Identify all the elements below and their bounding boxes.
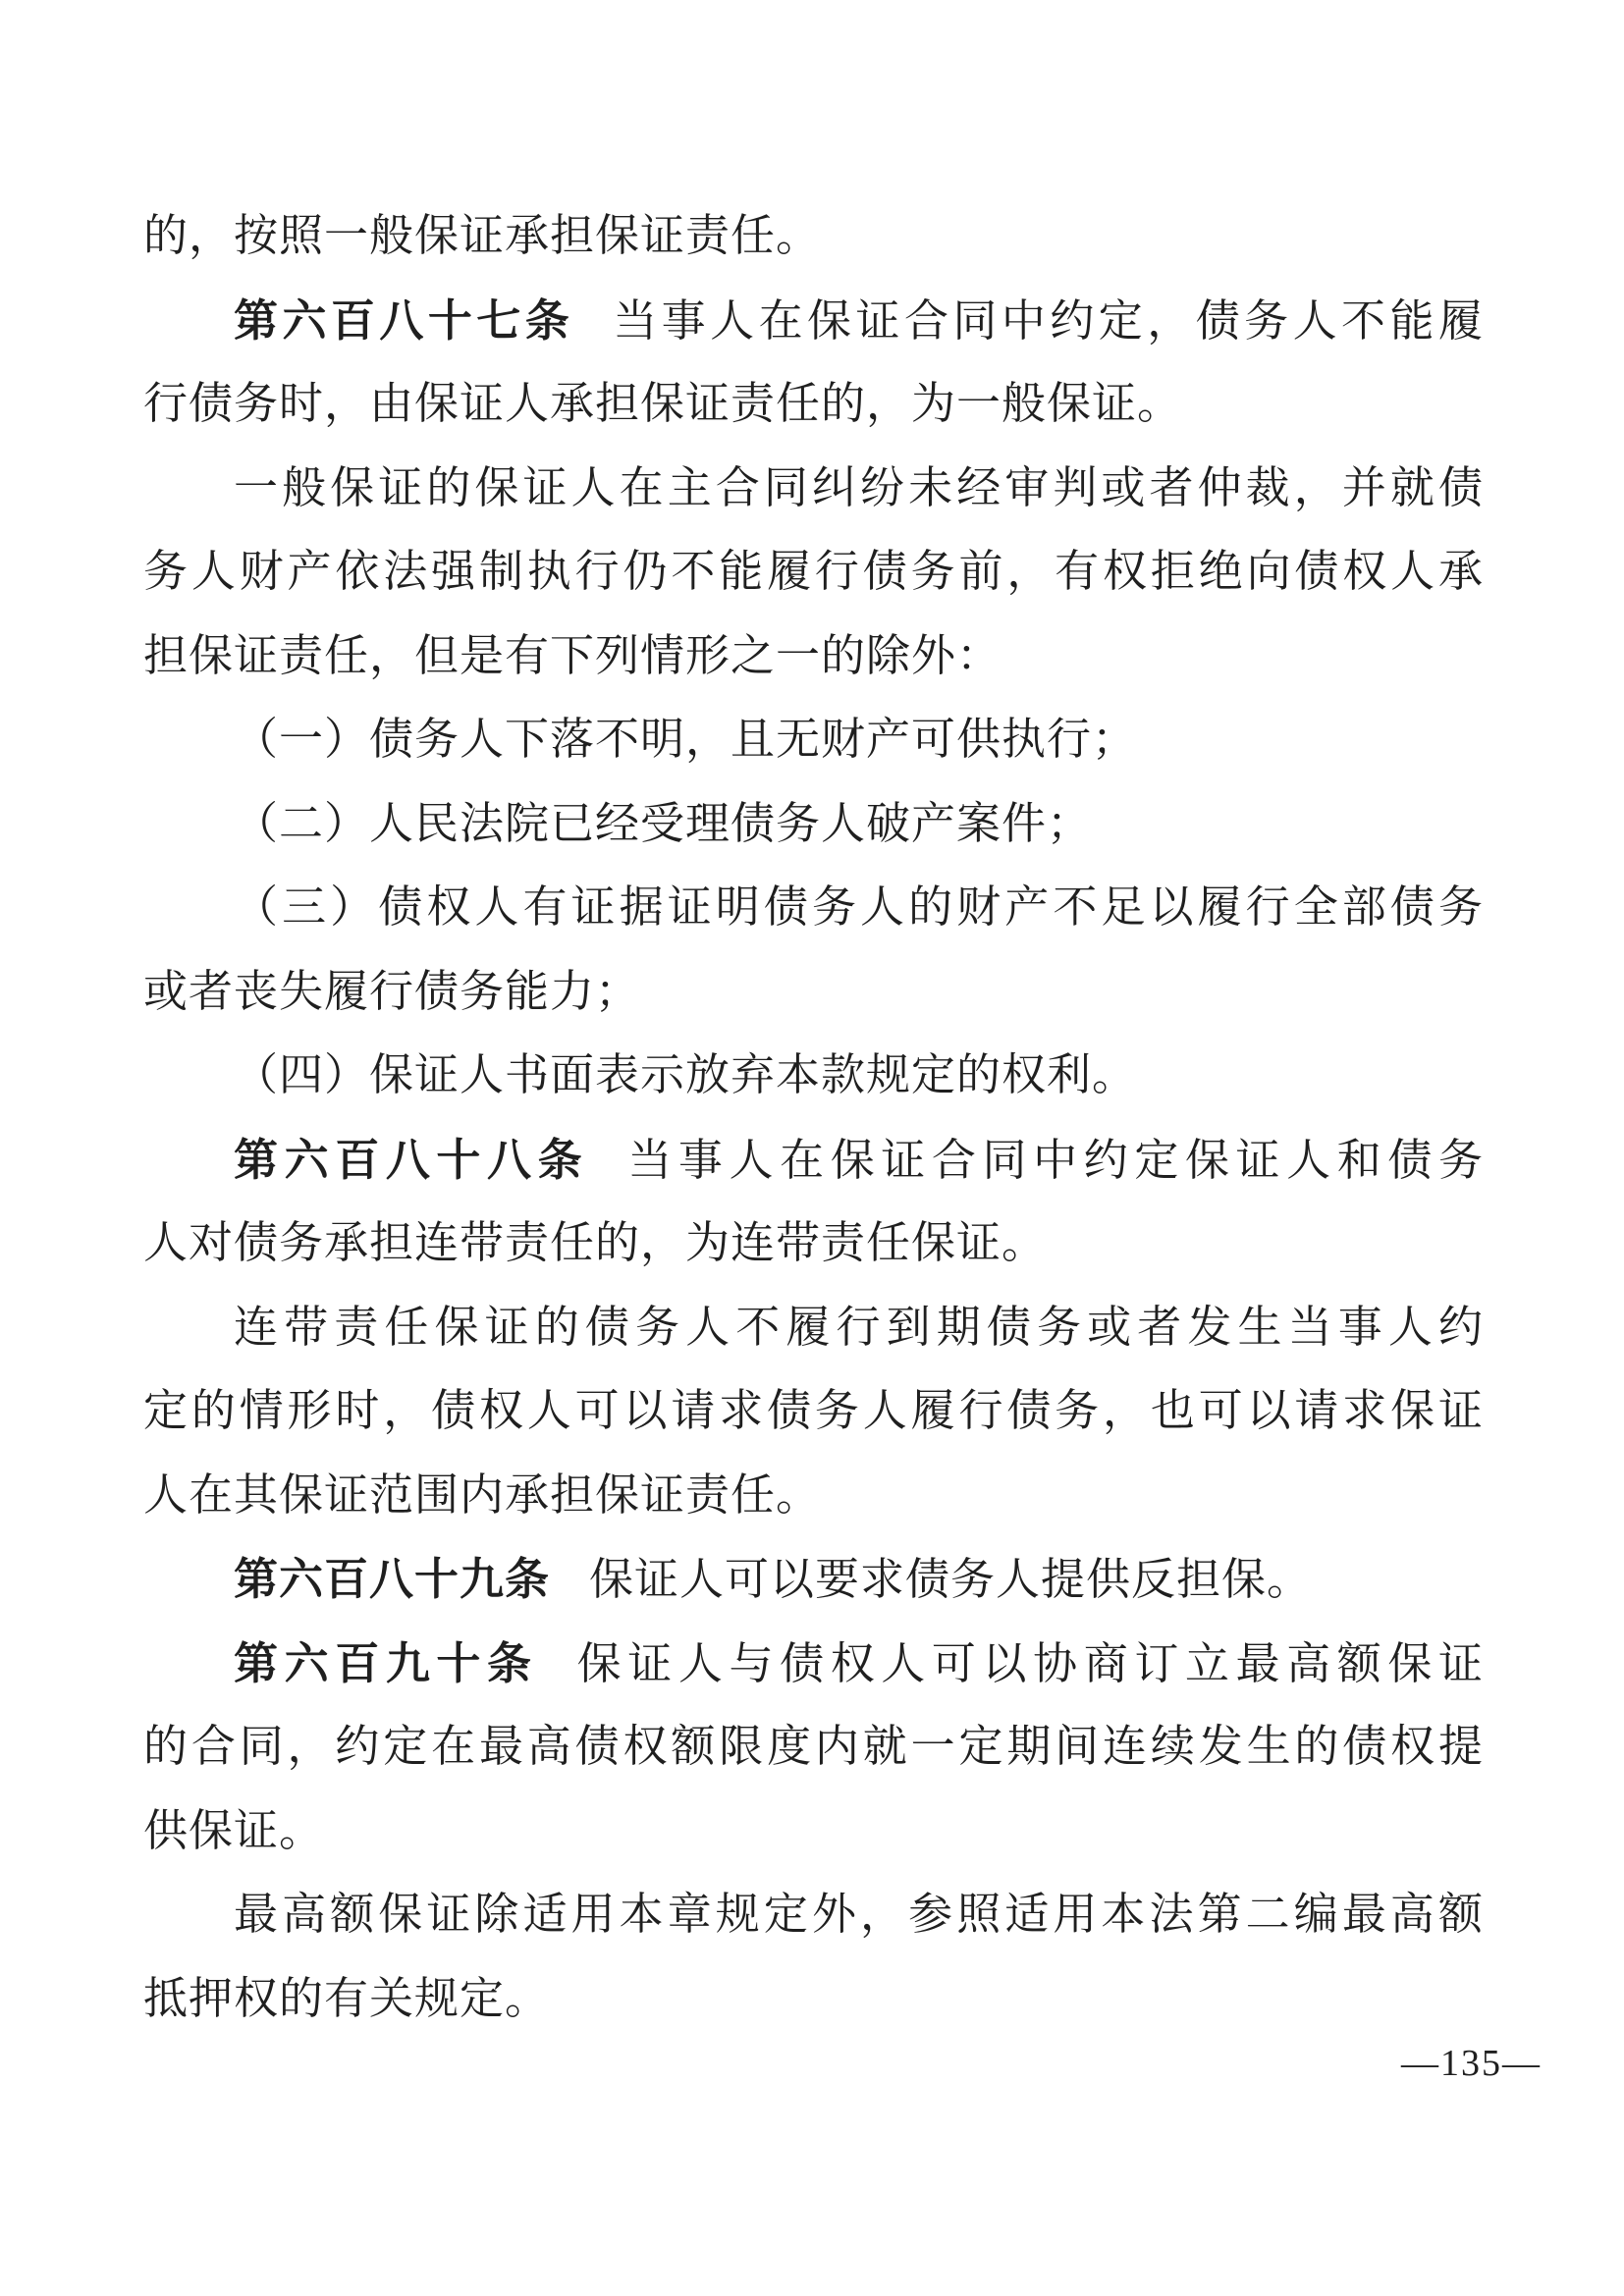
line-text: 人对债务承担连带责任的，为连带责任保证。 (143, 1218, 1047, 1267)
line-text: 担保证责任，但是有下列情形之一的除外： (143, 631, 1001, 680)
text-line: 抵押权的有关规定。 (143, 1957, 1483, 2042)
article-line: 第六百八十七条当事人在保证合同中约定，债务人不能履 (143, 279, 1483, 363)
text-line: 行债务时，由保证人承担保证责任的，为一般保证。 (143, 362, 1483, 447)
text-line: 最高额保证除适用本章规定外，参照适用本法第二编最高额 (143, 1873, 1483, 1957)
article-line: 第六百九十条保证人与债权人可以协商订立最高额保证 (143, 1622, 1483, 1706)
line-text: （三）债权人有证据证明债务人的财产不足以履行全部债务 (234, 882, 1483, 932)
text-line: （三）债权人有证据证明债务人的财产不足以履行全部债务 (143, 866, 1483, 950)
text-line: 供保证。 (143, 1789, 1483, 1874)
line-text: 抵押权的有关规定。 (143, 1974, 550, 2023)
line-text: 务人财产依法强制执行仍不能履行债务前，有权拒绝向债权人承 (143, 547, 1483, 596)
text-line: （二）人民法院已经受理债务人破产案件； (143, 782, 1483, 867)
line-text: 人在其保证范围内承担保证责任。 (143, 1470, 821, 1520)
text-line: 人在其保证范围内承担保证责任。 (143, 1454, 1483, 1538)
line-text: 定的情形时，债权人可以请求债务人履行债务，也可以请求保证 (143, 1386, 1483, 1435)
text-line: 担保证责任，但是有下列情形之一的除外： (143, 614, 1483, 699)
line-text: （二）人民法院已经受理债务人破产案件； (234, 799, 1092, 848)
article-number: 第六百九十条 (234, 1637, 538, 1689)
article-number: 第六百八十八条 (234, 1134, 588, 1186)
line-text: 行债务时，由保证人承担保证责任的，为一般保证。 (143, 379, 1182, 428)
text-line: （一）债务人下落不明，且无财产可供执行； (143, 698, 1483, 782)
line-text: 的合同，约定在最高债权额限度内就一定期间连续发生的债权提 (143, 1722, 1483, 1771)
line-text: 保证人可以要求债务人提供反担保。 (589, 1555, 1312, 1604)
article-number: 第六百八十七条 (234, 294, 573, 347)
line-text: 当事人在保证合同中约定，债务人不能履 (613, 296, 1483, 346)
page-number: —135— (1401, 2040, 1542, 2087)
text-line: 一般保证的保证人在主合同纠纷未经审判或者仲裁，并就债 (143, 447, 1483, 531)
line-text: （一）债务人下落不明，且无财产可供执行； (234, 715, 1137, 764)
text-line: 定的情形时，债权人可以请求债务人履行债务，也可以请求保证 (143, 1369, 1483, 1454)
line-text: 的，按照一般保证承担保证责任。 (143, 211, 821, 260)
article-line: 第六百八十八条当事人在保证合同中约定保证人和债务 (143, 1118, 1483, 1202)
article-number: 第六百八十九条 (234, 1553, 550, 1605)
line-text: 保证人与债权人可以协商订立最高额保证 (577, 1639, 1483, 1688)
text-line: 人对债务承担连带责任的，为连带责任保证。 (143, 1201, 1483, 1286)
article-line: 第六百八十九条保证人可以要求债务人提供反担保。 (143, 1537, 1483, 1622)
line-text: 供保证。 (143, 1806, 324, 1855)
text-line: 或者丧失履行债务能力； (143, 950, 1483, 1035)
line-text: 最高额保证除适用本章规定外，参照适用本法第二编最高额 (234, 1890, 1483, 1939)
line-text: 当事人在保证合同中约定保证人和债务 (627, 1136, 1483, 1185)
line-text: （四）保证人书面表示放弃本款规定的权利。 (234, 1050, 1137, 1099)
text-line: 的合同，约定在最高债权额限度内就一定期间连续发生的债权提 (143, 1705, 1483, 1789)
text-line: 连带责任保证的债务人不履行到期债务或者发生当事人约 (143, 1286, 1483, 1370)
line-text: 一般保证的保证人在主合同纠纷未经审判或者仲裁，并就债 (234, 463, 1483, 512)
document-body: 的，按照一般保证承担保证责任。第六百八十七条当事人在保证合同中约定，债务人不能履… (143, 194, 1483, 2041)
text-line: 的，按照一般保证承担保证责任。 (143, 194, 1483, 279)
text-line: 务人财产依法强制执行仍不能履行债务前，有权拒绝向债权人承 (143, 530, 1483, 614)
text-line: （四）保证人书面表示放弃本款规定的权利。 (143, 1034, 1483, 1118)
document-page: 的，按照一般保证承担保证责任。第六百八十七条当事人在保证合同中约定，债务人不能履… (0, 0, 1624, 2296)
line-text: 或者丧失履行债务能力； (143, 967, 640, 1016)
line-text: 连带责任保证的债务人不履行到期债务或者发生当事人约 (234, 1303, 1483, 1352)
